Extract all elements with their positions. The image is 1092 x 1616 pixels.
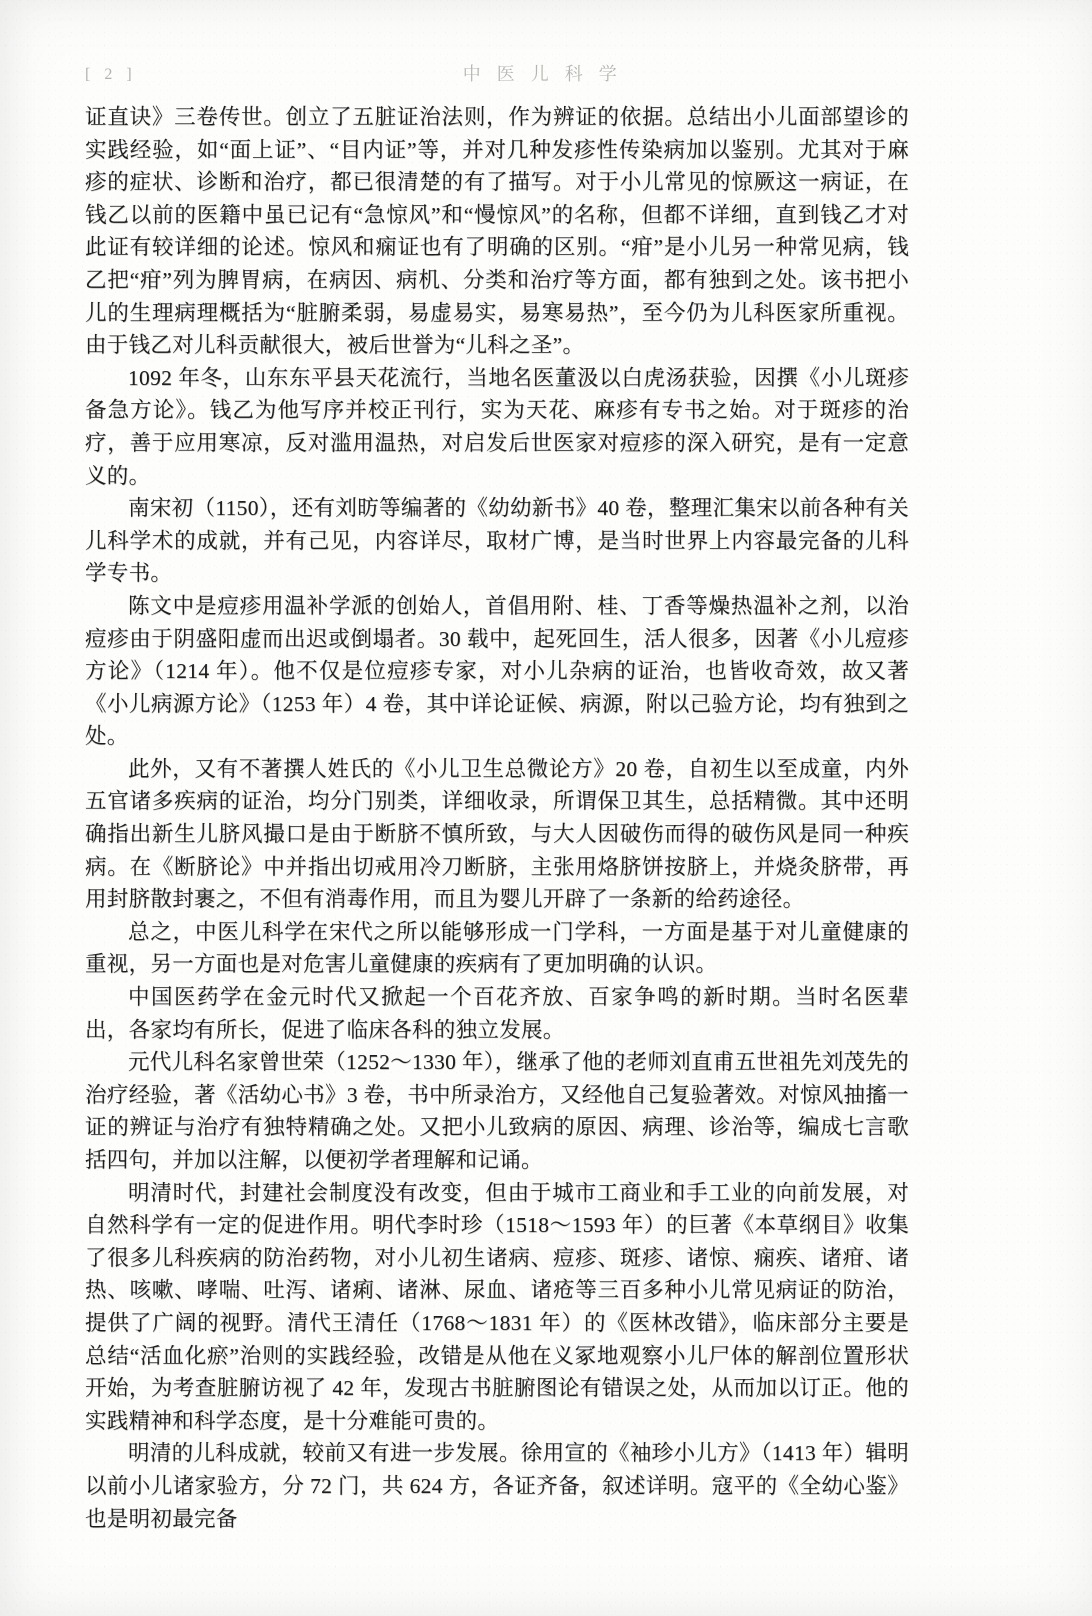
page-header: [ 2 ] 中医儿科学 bbox=[85, 60, 997, 88]
paragraph: 明清时代，封建社会制度没有改变，但由于城市工商业和手工业的向前发展，对自然科学有… bbox=[85, 1177, 909, 1438]
paragraph: 证直诀》三卷传世。创立了五脏证治法则，作为辨证的依据。总结出小儿面部望诊的实践经… bbox=[85, 101, 909, 362]
running-title: 中医儿科学 bbox=[463, 60, 633, 86]
paragraph: 陈文中是痘疹用温补学派的创始人，首倡用附、桂、丁香等燥热温补之剂，以治痘疹由于阴… bbox=[85, 590, 909, 753]
paragraph: 明清的儿科成就，较前又有进一步发展。徐用宣的《袖珍小儿方》（1413 年）辑明以… bbox=[85, 1437, 909, 1535]
paragraph: 元代儿科名家曾世荣（1252～1330 年），继承了他的老师刘直甫五世祖先刘茂先… bbox=[85, 1046, 909, 1176]
paragraph: 1092 年冬，山东东平县天花流行，当地名医董汲以白虎汤获验，因撰《小儿斑疹备急… bbox=[85, 362, 909, 492]
paragraph: 此外，又有不著撰人姓氏的《小儿卫生总微论方》20 卷，自初生以至成童，内外五官诸… bbox=[85, 753, 909, 916]
body-text: 证直诀》三卷传世。创立了五脏证治法则，作为辨证的依据。总结出小儿面部望诊的实践经… bbox=[85, 101, 909, 1535]
paragraph: 总之，中医儿科学在宋代之所以能够形成一门学科，一方面是基于对儿童健康的重视，另一… bbox=[85, 916, 909, 981]
scanned-book-page: [ 2 ] 中医儿科学 证直诀》三卷传世。创立了五脏证治法则，作为辨证的依据。总… bbox=[0, 0, 1092, 1616]
paragraph: 南宋初（1150），还有刘昉等编著的《幼幼新书》40 卷，整理汇集宋以前各种有关… bbox=[85, 492, 909, 590]
paragraph: 中国医药学在金元时代又掀起一个百花齐放、百家争鸣的新时期。当时名医辈出，各家均有… bbox=[85, 981, 909, 1046]
page-number: [ 2 ] bbox=[85, 66, 137, 84]
